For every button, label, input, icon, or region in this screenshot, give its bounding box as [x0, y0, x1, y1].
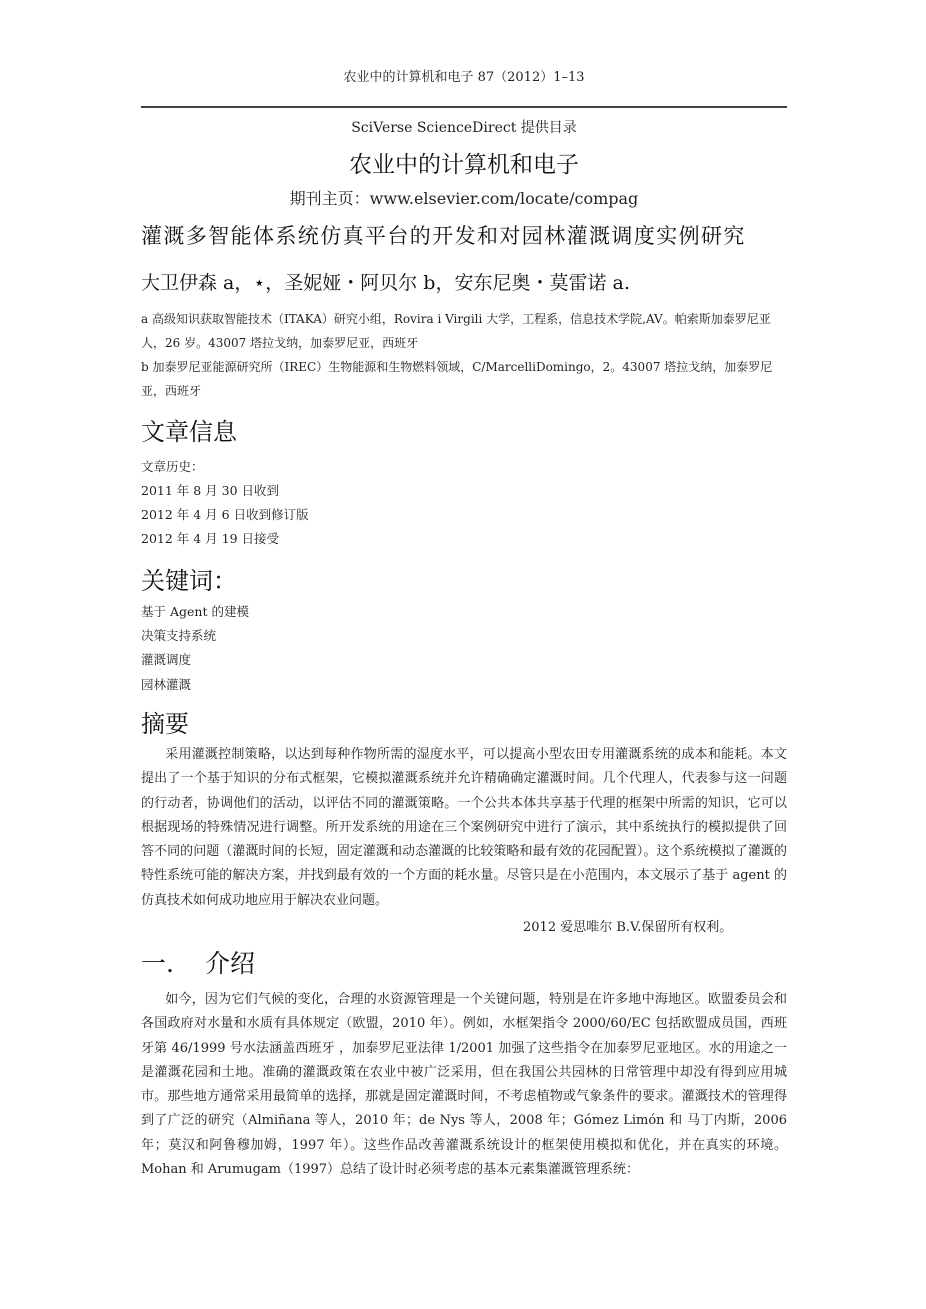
article-title: 灌溉多智能体系统仿真平台的开发和对园林灌溉调度实例研究	[141, 220, 787, 250]
section-number: 一.	[141, 944, 205, 980]
introduction-text: 如今，因为它们气候的变化，合理的水资源管理是一个关键问题，特别是在许多地中海地区…	[141, 988, 787, 1182]
provided-by-line: SciVerse ScienceDirect 提供目录	[141, 117, 787, 137]
keywords-heading: 关键词：	[141, 561, 237, 596]
section-title: 介绍	[205, 949, 255, 978]
journal-title: 农业中的计算机和电子	[141, 146, 787, 179]
introduction-heading: 一.介绍	[141, 944, 255, 980]
running-header: 农业中的计算机和电子 87（2012）1–13	[141, 66, 787, 85]
introduction-body: 如今，因为它们气候的变化，合理的水资源管理是一个关键问题，特别是在许多地中海地区…	[141, 992, 787, 1177]
article-info-heading: 文章信息	[141, 412, 237, 447]
abstract-text: 采用灌溉控制策略，以达到每种作物所需的湿度水平，可以提高小型农田专用灌溉系统的成…	[141, 743, 787, 913]
abstract-body: 采用灌溉控制策略，以达到每种作物所需的湿度水平，可以提高小型农田专用灌溉系统的成…	[141, 747, 787, 908]
copyright-notice: 2012 爱思唯尔 B.V.保留所有权利。	[523, 916, 732, 935]
authors-line: 大卫伊森 a，⋆，圣妮娅・阿贝尔 b，安东尼奥・莫雷诺 a.	[141, 268, 787, 295]
affiliation-a: a 高级知识获取智能技术（ITAKA）研究小组，Rovira i Virgili…	[141, 307, 787, 355]
affiliation-b: b 加泰罗尼亚能源研究所（IREC）生物能源和生物燃料领域，C/Marcelli…	[141, 355, 787, 403]
keyword-item: 基于 Agent 的建模	[141, 602, 249, 620]
journal-homepage: 期刊主页：www.elsevier.com/locate/compag	[141, 186, 787, 209]
history-label: 文章历史：	[141, 457, 204, 475]
history-received: 2011 年 8 月 30 日收到	[141, 481, 279, 499]
abstract-heading: 摘要	[141, 704, 189, 739]
header-rule	[141, 106, 787, 108]
keyword-item: 决策支持系统	[141, 626, 216, 644]
history-revised: 2012 年 4 月 6 日收到修订版	[141, 505, 309, 523]
keyword-item: 园林灌溉	[141, 675, 191, 693]
history-accepted: 2012 年 4 月 19 日接受	[141, 529, 279, 547]
keyword-item: 灌溉调度	[141, 650, 191, 668]
